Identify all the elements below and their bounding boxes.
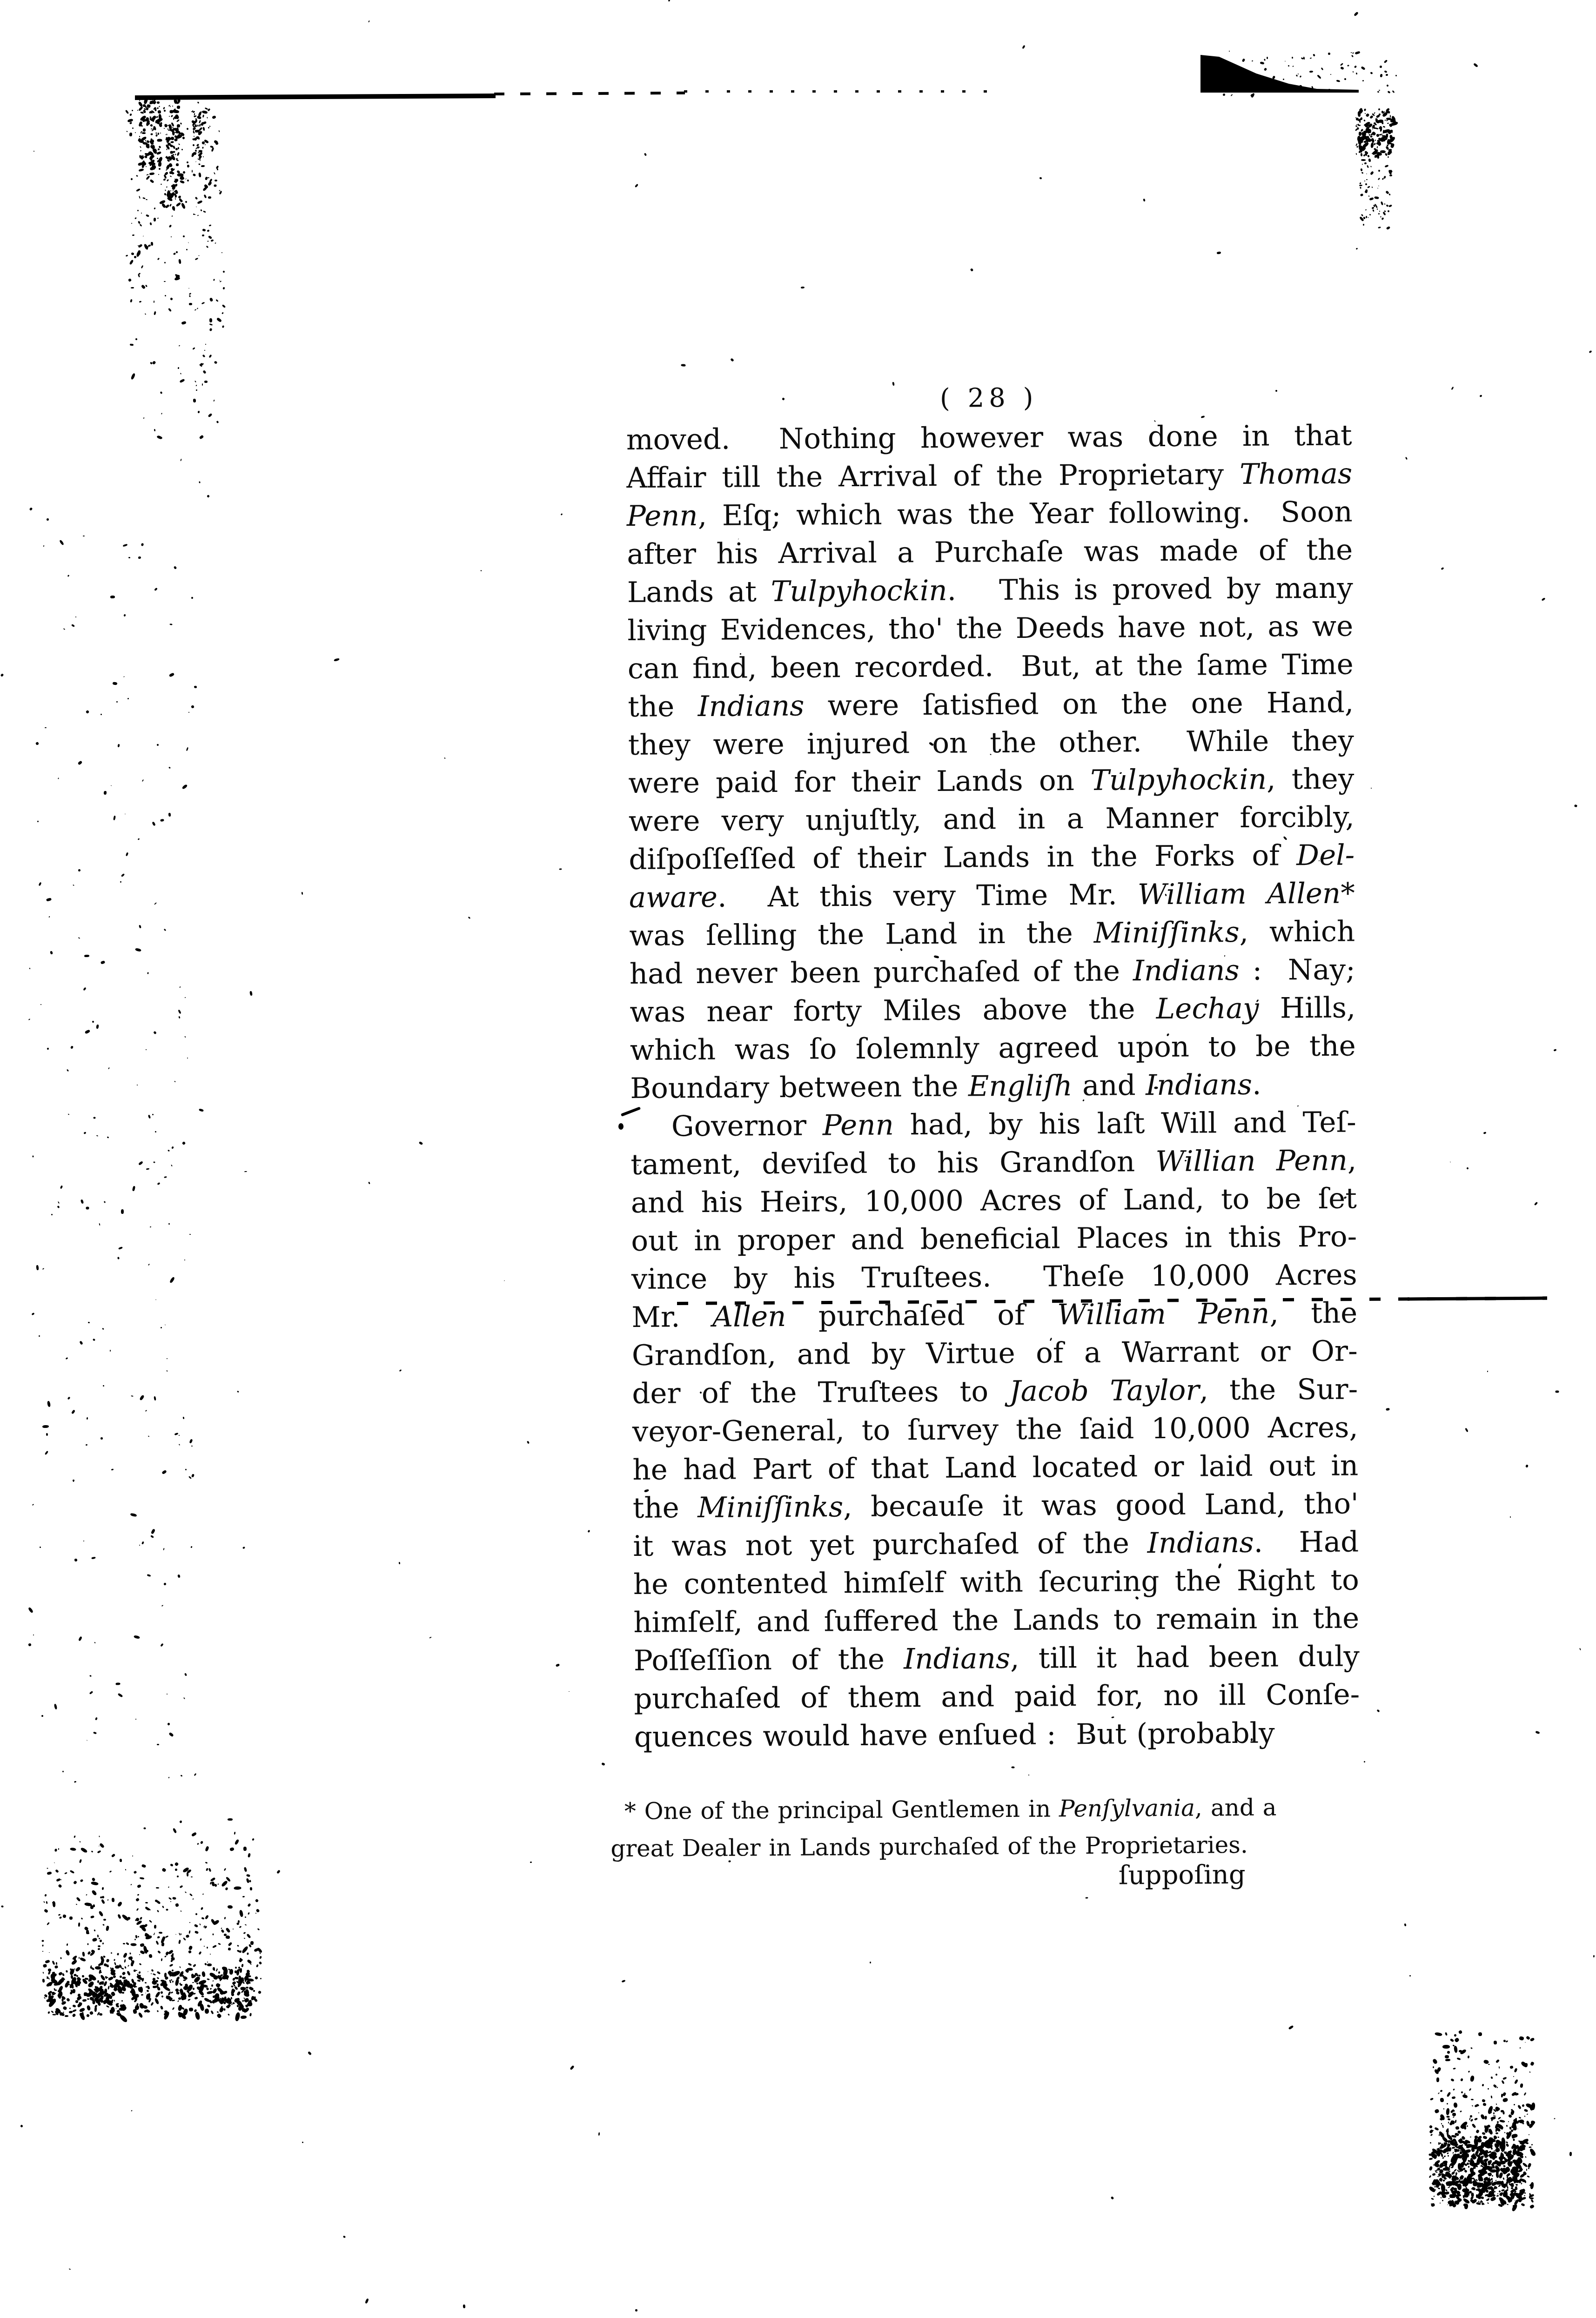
text-run: Hills, bbox=[1259, 991, 1355, 1025]
noise-speck bbox=[1370, 142, 1374, 148]
noise-speck bbox=[1386, 74, 1388, 76]
noise-speck bbox=[1483, 1132, 1487, 1134]
text-line: Mr. Allen purchaſed of William Penn, the bbox=[631, 1294, 1357, 1337]
noise-speck bbox=[1502, 2111, 1504, 2114]
noise-speck bbox=[1447, 2103, 1448, 2104]
text-run: diſpoſſeſſed of their Lands in the Forks… bbox=[629, 839, 1296, 876]
noise-speck bbox=[91, 1557, 96, 1560]
noise-speck bbox=[59, 540, 64, 546]
noise-speck bbox=[1358, 112, 1361, 117]
noise-speck bbox=[1554, 2118, 1555, 2119]
noise-speck bbox=[1376, 1709, 1380, 1713]
noise-speck bbox=[1471, 2124, 1476, 2129]
noise-speck bbox=[1517, 2104, 1522, 2109]
noise-speck bbox=[1219, 90, 1221, 93]
noise-speck bbox=[1525, 2156, 1526, 2158]
text-run: , the Sur- bbox=[1199, 1373, 1358, 1407]
noise-speck bbox=[1440, 2097, 1444, 2102]
noise-speck bbox=[1503, 2165, 1506, 2167]
text-run: had never been purchaſed of the bbox=[630, 954, 1133, 991]
italic-text: Tulpyhockin bbox=[1090, 763, 1267, 797]
italic-text: Indians bbox=[904, 1642, 1010, 1675]
text-run: had, by his laſt Will and Teſ- bbox=[894, 1105, 1356, 1141]
noise-speck bbox=[302, 892, 303, 895]
text-line: it was not yet purchaſed of the Indians.… bbox=[633, 1523, 1359, 1566]
noise-speck bbox=[1438, 2187, 1441, 2189]
noise-speck bbox=[1472, 2105, 1474, 2106]
noise-speck bbox=[1489, 2137, 1493, 2145]
noise-speck bbox=[1454, 2037, 1460, 2043]
noise-speck bbox=[1519, 2036, 1524, 2041]
noise-speck bbox=[1409, 1975, 1411, 1976]
noise-speck bbox=[1450, 2078, 1455, 2082]
noise-speck bbox=[200, 1841, 203, 1844]
noise-speck bbox=[1039, 177, 1042, 179]
noise-speck bbox=[1328, 53, 1330, 55]
noise-speck bbox=[801, 287, 805, 289]
noise-speck bbox=[1085, 1897, 1088, 1898]
noise-speck bbox=[1354, 65, 1357, 68]
noise-speck bbox=[1377, 188, 1378, 189]
noise-speck bbox=[1443, 2134, 1444, 2134]
noise-speck bbox=[1432, 2058, 1438, 2065]
noise-speck bbox=[1363, 1761, 1365, 1762]
noise-speck bbox=[1367, 165, 1369, 168]
noise-speck bbox=[1447, 2050, 1450, 2054]
noise-speck bbox=[1520, 2084, 1523, 2088]
noise-speck bbox=[1482, 2103, 1486, 2106]
noise-speck bbox=[1514, 2079, 1518, 2084]
noise-speck bbox=[1428, 2175, 1431, 2178]
noise-speck bbox=[1368, 159, 1371, 162]
noise-speck bbox=[1359, 125, 1361, 126]
noise-speck bbox=[1482, 2136, 1487, 2140]
italic-text: Penn bbox=[627, 499, 698, 533]
noise-speck bbox=[1467, 2163, 1469, 2165]
noise-speck bbox=[1330, 74, 1332, 75]
noise-speck bbox=[1300, 75, 1302, 78]
noise-speck bbox=[635, 2309, 637, 2311]
noise-speck bbox=[1494, 2041, 1497, 2044]
noise-speck bbox=[1111, 2196, 1114, 2200]
noise-speck bbox=[1488, 2088, 1489, 2090]
scan-noise-wedge-fringe bbox=[1219, 50, 1396, 94]
noise-speck bbox=[1245, 72, 1248, 75]
noise-speck bbox=[82, 1952, 85, 1957]
noise-speck bbox=[1457, 2184, 1462, 2190]
text-run: Lands at bbox=[627, 575, 771, 609]
italic-text: Engliſh bbox=[968, 1069, 1073, 1103]
noise-speck bbox=[1377, 91, 1379, 93]
noise-speck bbox=[1380, 128, 1382, 132]
noise-speck bbox=[1378, 213, 1380, 214]
noise-speck bbox=[1496, 2195, 1499, 2197]
noise-speck bbox=[1372, 209, 1375, 212]
noise-speck bbox=[601, 1762, 605, 1766]
noise-speck bbox=[1493, 2112, 1495, 2114]
noise-speck bbox=[1448, 2122, 1449, 2124]
noise-speck bbox=[1364, 181, 1366, 182]
noise-speck bbox=[1457, 2057, 1461, 2060]
noise-speck bbox=[1313, 54, 1315, 56]
body-text: moved. Nothing however was done in thatA… bbox=[626, 416, 1361, 1756]
noise-speck bbox=[1340, 67, 1344, 70]
noise-speck bbox=[635, 184, 638, 188]
italic-text: William Allen bbox=[1138, 877, 1341, 911]
noise-speck bbox=[1382, 178, 1384, 180]
noise-speck bbox=[334, 658, 340, 662]
noise-speck bbox=[870, 1962, 871, 1963]
noise-speck bbox=[20, 2124, 23, 2128]
page-number: ( 28 ) bbox=[626, 376, 1352, 421]
noise-speck bbox=[87, 1417, 88, 1420]
noise-speck bbox=[1482, 2099, 1485, 2102]
noise-speck bbox=[365, 2298, 369, 2304]
text-run: and bbox=[1072, 1069, 1146, 1102]
noise-speck bbox=[1445, 2032, 1448, 2036]
noise-speck bbox=[343, 2236, 346, 2238]
noise-speck bbox=[1454, 2034, 1457, 2037]
noise-speck bbox=[1441, 2184, 1446, 2193]
noise-speck bbox=[1440, 2203, 1441, 2204]
noise-speck bbox=[1388, 210, 1390, 213]
noise-speck bbox=[1354, 12, 1359, 17]
noise-speck bbox=[1347, 65, 1349, 67]
noise-speck bbox=[1527, 2175, 1530, 2177]
noise-speck bbox=[1359, 146, 1361, 148]
noise-speck bbox=[1491, 2180, 1493, 2184]
noise-speck bbox=[114, 1962, 116, 1966]
noise-speck bbox=[1506, 2125, 1508, 2127]
noise-speck bbox=[1438, 2142, 1440, 2145]
noise-speck bbox=[1361, 214, 1363, 217]
noise-speck bbox=[1589, 350, 1592, 354]
noise-speck bbox=[1453, 2068, 1455, 2070]
text-line: Affair till the Arrival of the Proprieta… bbox=[626, 455, 1352, 497]
text-run: , the bbox=[1269, 1296, 1357, 1330]
text-run: was near forty Miles above the bbox=[630, 992, 1156, 1029]
noise-speck bbox=[530, 1862, 532, 1863]
noise-speck bbox=[1367, 154, 1370, 157]
italic-text: Willian Penn bbox=[1155, 1144, 1348, 1179]
noise-speck bbox=[1372, 128, 1374, 130]
text-run: he had Part of that Land located or laid… bbox=[632, 1449, 1358, 1487]
noise-speck bbox=[1529, 2071, 1530, 2073]
noise-speck bbox=[1429, 2125, 1433, 2129]
text-line: quences would have enſued : But (probabl… bbox=[634, 1714, 1360, 1756]
text-run: they were injured on the other. While th… bbox=[628, 724, 1354, 762]
italic-text: William Penn bbox=[1057, 1297, 1270, 1332]
noise-speck bbox=[1384, 60, 1388, 63]
noise-speck bbox=[1524, 2116, 1526, 2117]
noise-speck bbox=[1364, 108, 1367, 111]
noise-speck bbox=[1363, 120, 1366, 122]
noise-speck bbox=[1392, 132, 1393, 134]
text-run: tament, deviſed to his Grandſon bbox=[630, 1145, 1156, 1181]
noise-speck bbox=[1381, 201, 1383, 206]
italic-text: Penn bbox=[823, 1109, 894, 1142]
noise-speck bbox=[1528, 2167, 1529, 2169]
noise-speck bbox=[1340, 63, 1343, 66]
noise-speck bbox=[444, 757, 445, 759]
noise-speck bbox=[1344, 78, 1346, 80]
noise-speck bbox=[1451, 387, 1454, 390]
noise-speck bbox=[1440, 2197, 1442, 2199]
noise-speck bbox=[1443, 2176, 1447, 2180]
scan-noise-corner-blob-core bbox=[1435, 2136, 1522, 2194]
noise-speck bbox=[368, 1182, 370, 1185]
noise-speck bbox=[1361, 66, 1365, 70]
noise-speck bbox=[1515, 2093, 1519, 2096]
text-line: Boundary between the Engliſh and Indians… bbox=[630, 1065, 1356, 1108]
text-run: moved. Nothing however was done in that bbox=[626, 419, 1352, 456]
noise-speck bbox=[1378, 185, 1379, 186]
noise-speck bbox=[244, 1171, 247, 1172]
text-run: Grandſon, and by Virtue of a Warrant or … bbox=[632, 1334, 1358, 1372]
noise-speck bbox=[34, 151, 34, 152]
noise-speck bbox=[1475, 2150, 1480, 2156]
noise-speck bbox=[1467, 2125, 1468, 2127]
noise-speck bbox=[1365, 183, 1367, 185]
noise-speck bbox=[1469, 2088, 1472, 2091]
footnote: * One of the principal Gentlemen in Penſ… bbox=[610, 1788, 1355, 1867]
noise-speck bbox=[1514, 2068, 1517, 2072]
noise-speck bbox=[1435, 2032, 1442, 2036]
noise-speck bbox=[1454, 2148, 1458, 2153]
noise-speck bbox=[1254, 87, 1255, 88]
noise-speck bbox=[1303, 57, 1305, 60]
noise-speck bbox=[1448, 2147, 1451, 2152]
noise-speck bbox=[1488, 2110, 1492, 2115]
noise-speck bbox=[1351, 55, 1354, 58]
noise-speck bbox=[1442, 2199, 1443, 2201]
noise-speck bbox=[1449, 2165, 1450, 2168]
noise-speck bbox=[399, 1369, 402, 1372]
noise-speck bbox=[1495, 2073, 1498, 2076]
noise-speck bbox=[1509, 2127, 1512, 2130]
text-run: . This is proved by many bbox=[947, 571, 1353, 607]
noise-speck bbox=[1454, 2169, 1457, 2172]
text-line: der of the Truſtees to Jacob Taylor, the… bbox=[632, 1370, 1358, 1413]
italic-text: aware bbox=[629, 881, 718, 914]
noise-speck bbox=[249, 991, 253, 996]
noise-speck bbox=[187, 1058, 188, 1059]
text-run: , which bbox=[1239, 915, 1355, 949]
noise-speck bbox=[1380, 66, 1382, 68]
noise-speck bbox=[1369, 115, 1374, 119]
text-run: veyor-General, to ſurvey the ſaid 10,000… bbox=[632, 1411, 1358, 1448]
noise-speck bbox=[1361, 159, 1366, 161]
noise-speck bbox=[1292, 66, 1294, 67]
noise-speck bbox=[1438, 2092, 1440, 2094]
noise-speck bbox=[556, 1663, 560, 1667]
noise-speck bbox=[1356, 124, 1358, 126]
noise-speck bbox=[1296, 74, 1298, 77]
noise-speck bbox=[1471, 2192, 1474, 2197]
noise-speck bbox=[1514, 2104, 1515, 2105]
noise-speck bbox=[1445, 2055, 1449, 2058]
noise-speck bbox=[1386, 118, 1391, 121]
noise-speck bbox=[1440, 2166, 1442, 2168]
noise-speck bbox=[1343, 90, 1344, 91]
text-run: , bbox=[1348, 1144, 1357, 1177]
noise-speck bbox=[1374, 122, 1376, 124]
noise-speck bbox=[1321, 67, 1324, 71]
noise-speck bbox=[1465, 1428, 1469, 1433]
noise-speck bbox=[1455, 2126, 1459, 2130]
noise-speck bbox=[1534, 1202, 1538, 1206]
text-line: the Miniſſinks, becauſe it was good Land… bbox=[633, 1485, 1359, 1527]
noise-speck bbox=[1405, 457, 1408, 460]
noise-speck bbox=[1379, 211, 1381, 212]
italic-text: Miniſſinks bbox=[697, 1490, 843, 1524]
noise-speck bbox=[110, 1967, 111, 1969]
noise-speck bbox=[0, 673, 4, 677]
noise-speck bbox=[1470, 2047, 1473, 2049]
noise-speck bbox=[1527, 2163, 1531, 2168]
text-line: was ſelling the Land in the Miniſſinks, … bbox=[629, 912, 1355, 955]
noise-speck bbox=[1490, 2116, 1496, 2120]
text-run: * bbox=[1341, 877, 1355, 910]
text-line: which was ſo ſolemnly agreed upon to be … bbox=[630, 1027, 1356, 1070]
noise-speck bbox=[1436, 2169, 1438, 2171]
noise-speck bbox=[1288, 65, 1289, 67]
italic-text: Indians bbox=[1146, 1068, 1252, 1102]
noise-speck bbox=[1252, 60, 1253, 62]
text-line: diſpoſſeſſed of their Lands in the Forks… bbox=[629, 836, 1355, 879]
noise-speck bbox=[1433, 2066, 1434, 2068]
noise-speck bbox=[1556, 1391, 1559, 1393]
noise-speck bbox=[1442, 2126, 1444, 2128]
noise-speck bbox=[1447, 2152, 1449, 2155]
text-line: and his Heirs, 10,000 Acres of Land, to … bbox=[631, 1179, 1357, 1222]
text-line: was near forty Miles above the Lechay Hi… bbox=[630, 989, 1355, 1032]
noise-speck bbox=[970, 268, 974, 272]
text-run: which was ſo ſolemnly agreed upon to be … bbox=[630, 1029, 1356, 1067]
noise-speck bbox=[644, 153, 647, 156]
text-line: can find, been recorded. But, at the ſam… bbox=[628, 645, 1354, 688]
noise-speck bbox=[1387, 91, 1390, 94]
noise-speck bbox=[1522, 2123, 1524, 2124]
noise-speck bbox=[1365, 191, 1366, 193]
noise-speck bbox=[1525, 1464, 1528, 1467]
noise-speck bbox=[29, 507, 33, 511]
noise-speck bbox=[1367, 186, 1370, 188]
text-line: he contented himſelf with ſecuring the R… bbox=[633, 1561, 1359, 1604]
noise-speck bbox=[69, 2268, 71, 2270]
noise-speck bbox=[1260, 61, 1265, 65]
text-run: , they bbox=[1267, 762, 1355, 796]
text-run: purchaſed of them and paid for, no ill C… bbox=[634, 1678, 1360, 1715]
noise-speck bbox=[1510, 1516, 1511, 1518]
noise-speck bbox=[1328, 89, 1330, 91]
italic-text: Allen bbox=[712, 1300, 786, 1333]
noise-speck bbox=[1237, 79, 1239, 81]
noise-speck bbox=[1441, 2123, 1442, 2124]
text-run: it was not yet purchaſed of the bbox=[633, 1527, 1147, 1563]
noise-speck bbox=[1366, 216, 1367, 218]
noise-speck bbox=[1446, 2141, 1448, 2142]
noise-speck bbox=[1309, 71, 1313, 73]
noise-speck bbox=[1372, 187, 1373, 188]
text-line: out in proper and beneficial Places in t… bbox=[631, 1218, 1357, 1260]
noise-speck bbox=[1527, 2113, 1529, 2115]
noise-speck bbox=[1447, 2204, 1448, 2205]
noise-speck bbox=[1433, 2196, 1435, 2197]
text-run: Boundary between the bbox=[630, 1070, 968, 1105]
noise-speck bbox=[1250, 74, 1252, 76]
noise-speck bbox=[1554, 1049, 1557, 1052]
noise-speck bbox=[1217, 251, 1221, 254]
noise-speck bbox=[1358, 140, 1363, 143]
noise-speck bbox=[1478, 2032, 1482, 2037]
noise-speck bbox=[302, 2142, 304, 2144]
text-run: : Nay; bbox=[1240, 953, 1355, 987]
noise-speck bbox=[1470, 2075, 1475, 2082]
noise-speck bbox=[1283, 79, 1285, 80]
text-run: * One of the principal Gentlemen in bbox=[624, 1795, 1060, 1825]
noise-speck bbox=[1363, 224, 1364, 226]
noise-speck bbox=[1352, 53, 1354, 54]
noise-speck bbox=[1365, 209, 1367, 210]
noise-speck bbox=[1437, 2176, 1439, 2177]
text-line: vince by his Truſtees. Theſe 10,000 Acre… bbox=[631, 1256, 1357, 1299]
noise-speck bbox=[1501, 2080, 1504, 2084]
text-run: and his Heirs, 10,000 Acres of Land, to … bbox=[631, 1182, 1357, 1219]
noise-speck bbox=[1508, 2121, 1509, 2122]
text-line: aware. At this very Time Mr. William All… bbox=[629, 874, 1355, 917]
text-run: he contented himſelf with ſecuring the R… bbox=[633, 1563, 1359, 1601]
noise-speck bbox=[1476, 2194, 1478, 2198]
noise-speck bbox=[730, 358, 734, 362]
noise-speck bbox=[1386, 204, 1388, 207]
noise-speck bbox=[1524, 2109, 1528, 2112]
noise-speck bbox=[1359, 182, 1361, 185]
noise-speck bbox=[163, 1548, 164, 1550]
text-run: , Eſq; which was the Year following. Soo… bbox=[698, 495, 1353, 532]
noise-speck bbox=[1468, 2166, 1469, 2168]
noise-speck bbox=[1450, 2038, 1454, 2043]
noise-speck bbox=[1028, 1775, 1029, 1775]
noise-speck bbox=[1371, 788, 1372, 789]
noise-speck bbox=[1011, 1766, 1014, 1769]
noise-speck bbox=[1264, 59, 1266, 61]
noise-speck bbox=[1470, 2137, 1471, 2138]
noise-speck bbox=[1441, 2153, 1443, 2157]
noise-speck bbox=[1374, 143, 1376, 146]
noise-speck bbox=[1388, 156, 1389, 158]
text-run: Affair till the Arrival of the Proprieta… bbox=[626, 458, 1240, 495]
text-run: quences would have enſued : But (probabl… bbox=[634, 1717, 1275, 1754]
text-run: Governor bbox=[671, 1109, 823, 1143]
text-block: ( 28 ) moved. Nothing however was done i… bbox=[626, 376, 1360, 1756]
noise-speck bbox=[1442, 2192, 1445, 2196]
italic-text: Del- bbox=[1296, 838, 1355, 872]
noise-speck bbox=[1471, 2099, 1474, 2100]
noise-speck bbox=[1445, 2059, 1450, 2062]
text-line: purchaſed of them and paid for, no ill C… bbox=[634, 1675, 1360, 1718]
noise-speck bbox=[1442, 2160, 1448, 2165]
noise-speck bbox=[1351, 52, 1352, 53]
noise-speck bbox=[1452, 2113, 1456, 2116]
noise-speck bbox=[1368, 217, 1369, 218]
noise-speck bbox=[1361, 168, 1363, 171]
noise-speck bbox=[1371, 138, 1374, 141]
noise-speck bbox=[1377, 208, 1378, 210]
noise-speck bbox=[1376, 114, 1380, 118]
noise-speck bbox=[1370, 166, 1372, 167]
noise-speck bbox=[1361, 172, 1364, 174]
